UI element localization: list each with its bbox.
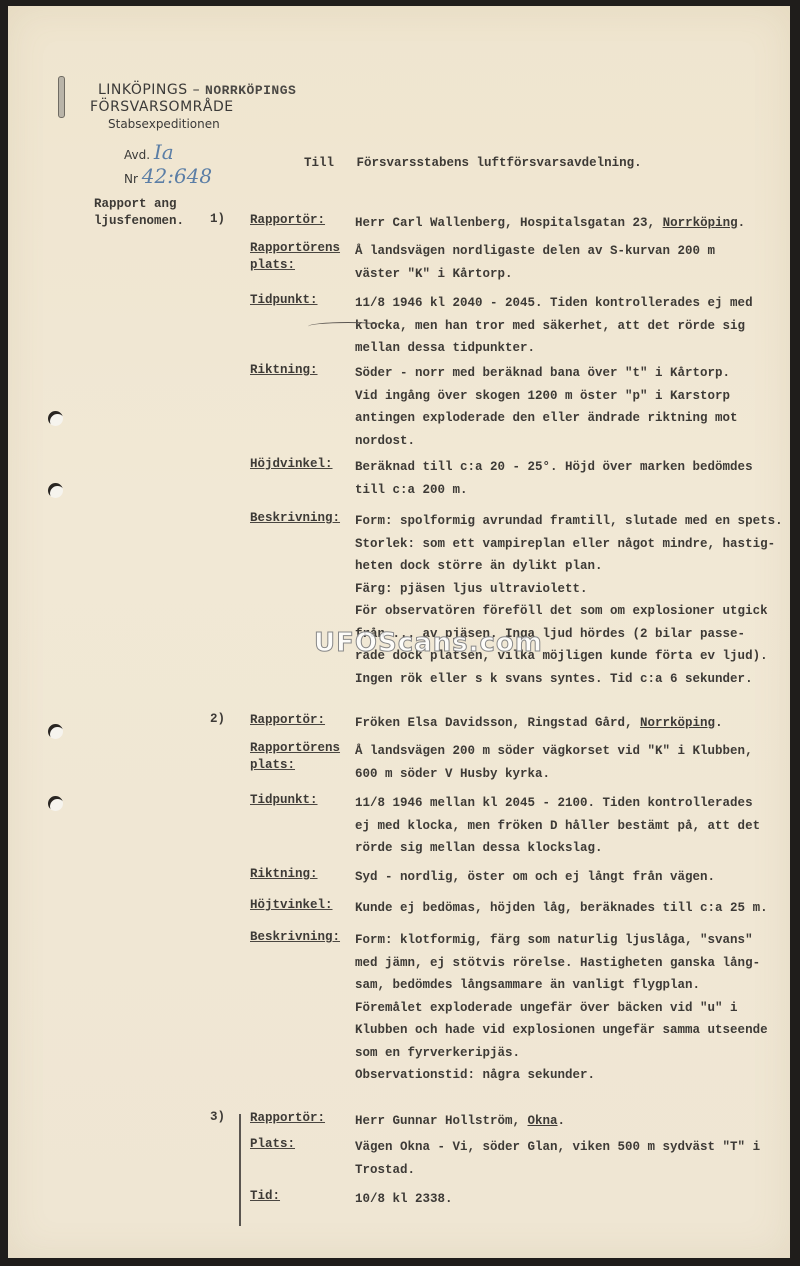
field-value: 11/8 1946 kl 2040 - 2045. Tiden kontroll… bbox=[355, 292, 753, 360]
addressee-prefix: Till bbox=[304, 156, 334, 170]
field-value-line: Söder - norr med beräknad bana över "t" … bbox=[355, 362, 738, 385]
subject-note: Rapport ang ljusfenomen. bbox=[94, 196, 184, 230]
field-label: Höjdvinkel: bbox=[250, 456, 333, 473]
field-value-line: Å landsvägen nordligaste delen av S-kurv… bbox=[355, 240, 715, 263]
avd-label: Avd. bbox=[124, 148, 150, 162]
field-label: Tid: bbox=[250, 1188, 280, 1205]
field-label: Rapportör: bbox=[250, 1110, 325, 1127]
field-value-line: ej med klocka, men fröken D håller bestä… bbox=[355, 815, 760, 838]
report-number: 3) bbox=[210, 1110, 225, 1124]
field-label-line: Rapportör: bbox=[250, 1110, 325, 1127]
punch-hole-icon bbox=[48, 796, 63, 811]
field-label: Höjtvinkel: bbox=[250, 897, 333, 914]
addressee-name: Försvarsstabens luftförsvarsavdelning. bbox=[357, 156, 642, 170]
field-value-line: 11/8 1946 mellan kl 2045 - 2100. Tiden k… bbox=[355, 792, 760, 815]
field-value-line: Föremålet exploderade ungefär över bäcke… bbox=[355, 997, 768, 1020]
field-value: Vägen Okna - Vi, söder Glan, viken 500 m… bbox=[355, 1136, 760, 1181]
field-label-line: plats: bbox=[250, 257, 340, 274]
field-label: Riktning: bbox=[250, 866, 318, 883]
field-value-line: Herr Carl Wallenberg, Hospitalsgatan 23,… bbox=[355, 212, 745, 235]
addressee: Till Försvarsstabens luftförsvarsavdelni… bbox=[304, 156, 642, 170]
punch-hole-icon bbox=[48, 724, 63, 739]
field-label: Tidpunkt: bbox=[250, 792, 318, 809]
report-number: 2) bbox=[210, 712, 225, 726]
field-value-line: nordost. bbox=[355, 430, 738, 453]
field-value-line: 600 m söder V Husby kyrka. bbox=[355, 763, 753, 786]
field-value: Å landsvägen 200 m söder vägkorset vid "… bbox=[355, 740, 753, 785]
field-value-line: Färg: pjäsen ljus ultraviolett. bbox=[355, 578, 783, 601]
field-value-line: Observationstid: några sekunder. bbox=[355, 1064, 768, 1087]
field-value-line: 11/8 1946 kl 2040 - 2045. Tiden kontroll… bbox=[355, 292, 753, 315]
field-label: Tidpunkt: bbox=[250, 292, 318, 309]
watermark: UFOScans.com bbox=[314, 628, 543, 658]
field-value: Fröken Elsa Davidsson, Ringstad Gård, No… bbox=[355, 712, 723, 735]
field-label: Rapportör: bbox=[250, 212, 325, 229]
letterhead-printed: LINKÖPINGS – bbox=[98, 82, 205, 98]
field-value-line: Form: spolformig avrundad framtill, slut… bbox=[355, 510, 783, 533]
field-value-line: heten dock större än dylikt plan. bbox=[355, 555, 783, 578]
field-label-line: Höjdvinkel: bbox=[250, 456, 333, 473]
field-label-line: Tid: bbox=[250, 1188, 280, 1205]
letterhead-line1: LINKÖPINGS – NORRKÖPINGS bbox=[98, 82, 296, 98]
field-label: Plats: bbox=[250, 1136, 295, 1153]
field-label-line: Riktning: bbox=[250, 362, 318, 379]
avd-field: Avd. Ia bbox=[124, 140, 174, 164]
field-label: Riktning: bbox=[250, 362, 318, 379]
field-value-line: antingen exploderade den eller ändrade r… bbox=[355, 407, 738, 430]
field-value: Söder - norr med beräknad bana över "t" … bbox=[355, 362, 738, 452]
field-label-line: Riktning: bbox=[250, 866, 318, 883]
field-value-line: Herr Gunnar Hollström, Okna. bbox=[355, 1110, 565, 1133]
field-label: Rapportörensplats: bbox=[250, 740, 340, 774]
field-label-line: Beskrivning: bbox=[250, 510, 340, 527]
field-value-line: Form: klotformig, färg som naturlig ljus… bbox=[355, 929, 768, 952]
field-label-line: Rapportörens bbox=[250, 240, 340, 257]
letterhead-line3: Stabsexpeditionen bbox=[108, 117, 220, 131]
field-value-line: Å landsvägen 200 m söder vägkorset vid "… bbox=[355, 740, 753, 763]
field-value-line: Kunde ej bedömas, höjden låg, beräknades… bbox=[355, 897, 768, 920]
field-value-line: Vid ingång över skogen 1200 m öster "p" … bbox=[355, 385, 738, 408]
subject-line: ljusfenomen. bbox=[94, 213, 184, 230]
field-value-line: sam, bedömdes långsammare än vanligt fly… bbox=[355, 974, 768, 997]
field-label-line: Plats: bbox=[250, 1136, 295, 1153]
staple-icon bbox=[58, 76, 65, 118]
field-value-line: 10/8 kl 2338. bbox=[355, 1188, 453, 1211]
nr-field: Nr 42:648 bbox=[124, 164, 212, 188]
field-value-line: väster "K" i Kårtorp. bbox=[355, 263, 715, 286]
field-value: Herr Carl Wallenberg, Hospitalsgatan 23,… bbox=[355, 212, 745, 235]
nr-handwritten-value: 42:648 bbox=[142, 164, 212, 188]
field-value-line: Syd - nordlig, öster om och ej långt frå… bbox=[355, 866, 715, 889]
field-label-line: Rapportör: bbox=[250, 712, 325, 729]
field-label: Beskrivning: bbox=[250, 929, 340, 946]
field-value: Form: spolformig avrundad framtill, slut… bbox=[355, 510, 783, 690]
field-value-line: rörde sig mellan dessa klockslag. bbox=[355, 837, 760, 860]
field-value-line: Ingen rök eller s k svans syntes. Tid c:… bbox=[355, 668, 783, 691]
field-label-line: Rapportör: bbox=[250, 212, 325, 229]
field-value-line: som en fyrverkeripjäs. bbox=[355, 1042, 768, 1065]
field-value-line: Trostad. bbox=[355, 1159, 760, 1182]
field-value: Kunde ej bedömas, höjden låg, beräknades… bbox=[355, 897, 768, 920]
field-value-line: Fröken Elsa Davidsson, Ringstad Gård, No… bbox=[355, 712, 723, 735]
punch-hole-icon bbox=[48, 483, 63, 498]
subject-line: Rapport ang bbox=[94, 196, 184, 213]
field-value: Beräknad till c:a 20 - 25°. Höjd över ma… bbox=[355, 456, 753, 501]
field-label-line: Tidpunkt: bbox=[250, 292, 318, 309]
punch-hole-icon bbox=[48, 411, 63, 426]
field-value-line: klocka, men han tror med säkerhet, att d… bbox=[355, 315, 753, 338]
avd-handwritten-value: Ia bbox=[154, 140, 174, 164]
field-value-line: Beräknad till c:a 20 - 25°. Höjd över ma… bbox=[355, 456, 753, 479]
field-value: 10/8 kl 2338. bbox=[355, 1188, 453, 1211]
field-label: Rapportör: bbox=[250, 712, 325, 729]
field-label: Rapportörensplats: bbox=[250, 240, 340, 274]
field-value-line: Vägen Okna - Vi, söder Glan, viken 500 m… bbox=[355, 1136, 760, 1159]
field-label: Beskrivning: bbox=[250, 510, 340, 527]
field-value: Herr Gunnar Hollström, Okna. bbox=[355, 1110, 565, 1133]
field-label-line: Beskrivning: bbox=[250, 929, 340, 946]
field-value-line: För observatören föreföll det som om exp… bbox=[355, 600, 783, 623]
field-value: Syd - nordlig, öster om och ej långt frå… bbox=[355, 866, 715, 889]
field-label-line: Rapportörens bbox=[250, 740, 340, 757]
field-value-line: mellan dessa tidpunkter. bbox=[355, 337, 753, 360]
field-value-line: Klubben och hade vid explosionen ungefär… bbox=[355, 1019, 768, 1042]
report-number: 1) bbox=[210, 212, 225, 226]
letterhead-typed: NORRKÖPINGS bbox=[205, 83, 296, 98]
field-value-line: med jämn, ej stötvis rörelse. Hastighete… bbox=[355, 952, 768, 975]
field-label-line: Höjtvinkel: bbox=[250, 897, 333, 914]
pencil-underline bbox=[308, 322, 388, 331]
nr-label: Nr bbox=[124, 172, 138, 186]
field-value: Form: klotformig, färg som naturlig ljus… bbox=[355, 929, 768, 1087]
document-page: LINKÖPINGS – NORRKÖPINGS FÖRSVARSOMRÅDE … bbox=[8, 6, 790, 1258]
field-value-line: Storlek: som ett vampireplan eller något… bbox=[355, 533, 783, 556]
field-value-line: till c:a 200 m. bbox=[355, 479, 753, 502]
field-label-line: Tidpunkt: bbox=[250, 792, 318, 809]
field-label-line: plats: bbox=[250, 757, 340, 774]
field-value: 11/8 1946 mellan kl 2045 - 2100. Tiden k… bbox=[355, 792, 760, 860]
field-value: Å landsvägen nordligaste delen av S-kurv… bbox=[355, 240, 715, 285]
letterhead-line2: FÖRSVARSOMRÅDE bbox=[90, 99, 234, 115]
margin-bracket-mark bbox=[239, 1114, 241, 1226]
